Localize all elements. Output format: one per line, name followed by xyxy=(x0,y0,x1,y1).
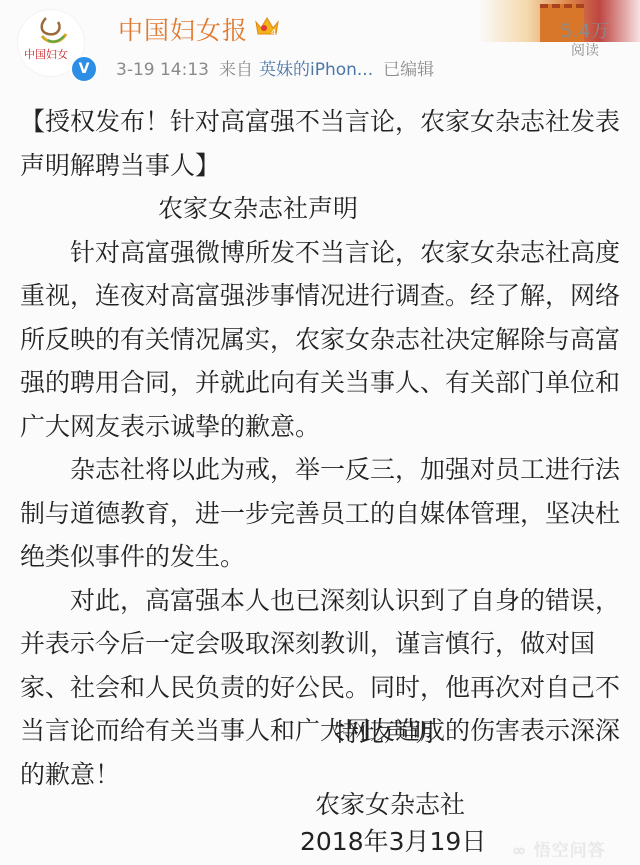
paragraph: 对此，高富强本人也已深刻认识到了自身的错误，并表示今后一定会吸取深刻教训，谨言慎… xyxy=(20,579,625,797)
signature: 农家女杂志社 xyxy=(315,785,465,821)
timestamp: 3-19 14:13 xyxy=(116,60,209,80)
read-count: 5.4万 阅读 xyxy=(540,20,630,62)
watermark-logo-icon: ∞ xyxy=(512,841,534,861)
post-meta: 3-19 14:13来自英妹的iPhon...已编辑 xyxy=(116,55,444,80)
read-count-value: 5.4万 xyxy=(540,20,630,42)
paragraph: 杂志社将以此为戒，举一反三，加强对员工进行法制与道德教育，进一步完善员工的自媒体… xyxy=(20,448,625,579)
watermark: ∞ 悟空问答 xyxy=(512,836,606,861)
author-name[interactable]: 中国妇女报 xyxy=(118,11,248,47)
verified-icon: V xyxy=(70,55,98,83)
statement-title: 农家女杂志社声明 xyxy=(20,187,625,231)
source-device-link[interactable]: 英妹的iPhon... xyxy=(259,60,373,80)
source-prefix: 来自 xyxy=(219,60,253,80)
closing-statement: 特此声明 xyxy=(334,713,434,749)
post-header: 中国妇女 V 中国妇女报 4 3-19 14:13来自英妹的iPhon...已编… xyxy=(0,0,640,100)
statement-date: 2018年3月19日 xyxy=(300,822,486,858)
paragraph: 针对高富强微博所发不当言论，农家女杂志社高度重视，连夜对高富强涉事情况进行调查。… xyxy=(20,231,625,449)
post-body: 【授权发布！针对高富强不当言论，农家女杂志社发表声明解聘当事人】 农家女杂志社声… xyxy=(20,100,625,796)
read-count-label: 阅读 xyxy=(540,40,630,62)
headline: 【授权发布！针对高富强不当言论，农家女杂志社发表声明解聘当事人】 xyxy=(20,100,625,187)
svg-text:4: 4 xyxy=(271,28,276,37)
crown-badge-icon[interactable]: 4 xyxy=(254,14,280,38)
svg-text:中国妇女: 中国妇女 xyxy=(24,47,68,61)
edited-label[interactable]: 已编辑 xyxy=(383,60,434,80)
